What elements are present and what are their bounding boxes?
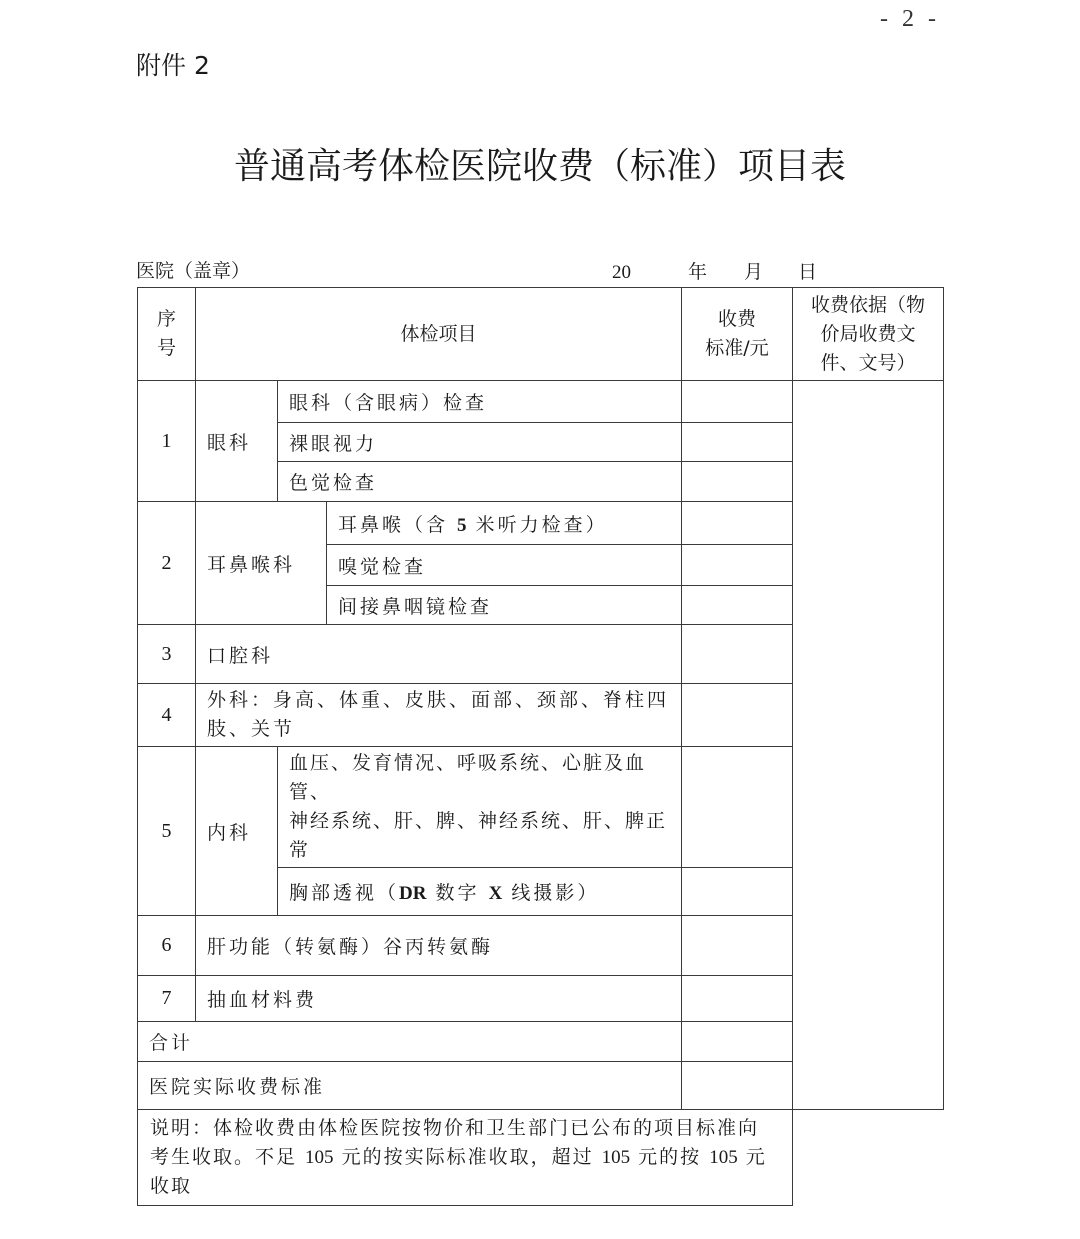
header-fee-line2: 标准/元 (682, 334, 792, 363)
header-basis-line1: 收费依据（物 (793, 291, 943, 320)
header-basis-line3: 件、文号） (793, 349, 943, 378)
fee-cell[interactable] (682, 868, 793, 916)
basis-cell[interactable] (793, 381, 944, 1110)
fee-cell[interactable] (682, 381, 793, 423)
row-item: 裸眼视力 (278, 423, 682, 462)
header-item: 体检项目 (196, 288, 682, 381)
row-item-abbr: X (489, 883, 503, 904)
date-year-prefix: 20 (612, 262, 688, 284)
fee-cell[interactable] (682, 625, 793, 684)
row-category: 外科：身高、体重、皮肤、面部、颈部、脊柱四 肢、关节 (196, 684, 682, 747)
note-line: 考生收取。不足 105 元的按实际标准收取，超过 105 元的按 105 元 (150, 1143, 782, 1172)
fee-cell[interactable] (682, 976, 793, 1022)
row-category: 耳鼻喉科 (196, 502, 327, 625)
attachment-label: 附件 2 (136, 46, 210, 82)
header-fee: 收费 标准/元 (682, 288, 793, 381)
note-number: 105 (709, 1147, 738, 1168)
row-item-text: 胸部透视（ (289, 882, 399, 904)
row-seq: 4 (138, 684, 196, 747)
table-header-row: 序 号 体检项目 收费 标准/元 收费依据（物 价局收费文 件、文号） (138, 288, 944, 381)
fee-cell[interactable] (682, 545, 793, 586)
date-year-label: 年 (688, 257, 744, 284)
note-text-part: 元的按实际标准收取，超过 (334, 1146, 602, 1168)
fee-cell[interactable] (682, 586, 793, 625)
row-seq: 7 (138, 976, 196, 1022)
date-day-label: 日 (798, 257, 817, 284)
fee-cell[interactable] (682, 684, 793, 747)
row-category: 抽血材料费 (196, 976, 682, 1022)
page-title: 普通高考体检医院收费（标准）项目表 (0, 138, 1080, 189)
fee-table: 序 号 体检项目 收费 标准/元 收费依据（物 价局收费文 件、文号） 1 眼科… (137, 287, 944, 1206)
fee-cell[interactable] (682, 423, 793, 462)
total-fee-cell[interactable] (682, 1022, 793, 1062)
row-seq: 5 (138, 747, 196, 916)
row-item-abbr: DR (399, 883, 426, 904)
row-item-text: 数字 (426, 882, 488, 904)
hospital-stamp-label: 医院（盖章） (136, 256, 250, 283)
row-item: 色觉检查 (278, 462, 682, 502)
actual-fee-cell[interactable] (682, 1062, 793, 1110)
note-text-part: 考生收取。不足 (150, 1146, 305, 1168)
fee-cell[interactable] (682, 916, 793, 976)
date-line: 20年月日 (612, 257, 817, 284)
note-number: 105 (602, 1147, 631, 1168)
row-item: 间接鼻咽镜检查 (327, 586, 682, 625)
row-item: 胸部透视（DR 数字 X 线摄影） (278, 868, 682, 916)
header-fee-line1: 收费 (682, 305, 792, 334)
row-item-text: 耳鼻喉（含 (338, 514, 457, 536)
row-seq: 2 (138, 502, 196, 625)
actual-fee-label: 医院实际收费标准 (138, 1062, 682, 1110)
note-text-part: 元的按 (630, 1146, 709, 1168)
note-line: 说明：体检收费由体检医院按物价和卫生部门已公布的项目标准向 (150, 1114, 782, 1143)
row-category: 肝功能（转氨酶）谷丙转氨酶 (196, 916, 682, 976)
row-item-text: 线摄影） (502, 882, 599, 904)
row-item-text: 米听力检查） (467, 514, 608, 536)
row-seq: 3 (138, 625, 196, 684)
row-category-line: 外科：身高、体重、皮肤、面部、颈部、脊柱四 (207, 686, 681, 715)
row-category: 眼科 (196, 381, 278, 502)
row-item: 血压、发育情况、呼吸系统、心脏及血管、 神经系统、肝、脾、神经系统、肝、脾正 常 (278, 747, 682, 868)
row-category: 口腔科 (196, 625, 682, 684)
row-item-line: 常 (289, 836, 681, 865)
row-seq: 6 (138, 916, 196, 976)
row-category: 内科 (196, 747, 278, 916)
note-text: 说明：体检收费由体检医院按物价和卫生部门已公布的项目标准向 考生收取。不足 10… (138, 1110, 793, 1206)
row-category-line: 肢、关节 (207, 715, 681, 744)
fee-cell[interactable] (682, 462, 793, 502)
row-item: 眼科（含眼病）检查 (278, 381, 682, 423)
fee-cell[interactable] (682, 502, 793, 545)
note-text-part: 元 (738, 1146, 767, 1168)
row-item-number: 5 (457, 515, 467, 536)
note-row: 说明：体检收费由体检医院按物价和卫生部门已公布的项目标准向 考生收取。不足 10… (138, 1110, 944, 1206)
header-seq-line2: 号 (138, 334, 195, 363)
page-number: - 2 - (880, 6, 940, 33)
row-item: 嗅觉检查 (327, 545, 682, 586)
row-seq: 1 (138, 381, 196, 502)
fee-cell[interactable] (682, 747, 793, 868)
note-number: 105 (305, 1147, 334, 1168)
date-month-label: 月 (744, 257, 798, 284)
row-item-line: 神经系统、肝、脾、神经系统、肝、脾正 (289, 807, 681, 836)
total-label: 合计 (138, 1022, 682, 1062)
header-seq: 序 号 (138, 288, 196, 381)
table-row: 1 眼科 眼科（含眼病）检查 (138, 381, 944, 423)
row-item: 耳鼻喉（含 5 米听力检查） (327, 502, 682, 545)
header-basis-line2: 价局收费文 (793, 320, 943, 349)
header-seq-line1: 序 (138, 305, 195, 334)
row-item-line: 血压、发育情况、呼吸系统、心脏及血管、 (289, 749, 681, 807)
header-basis: 收费依据（物 价局收费文 件、文号） (793, 288, 944, 381)
note-line: 收取 (150, 1172, 782, 1201)
